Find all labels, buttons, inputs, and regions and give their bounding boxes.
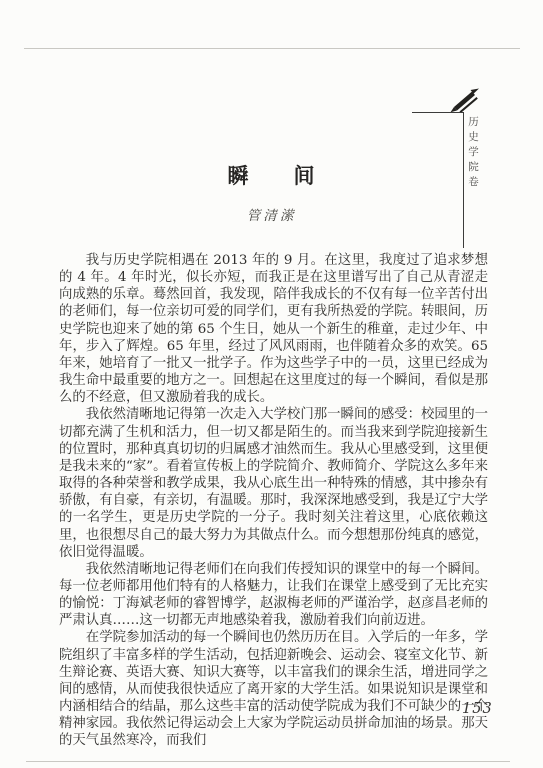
- paragraph: 在学院参加活动的每一个瞬间也仍然历历在目。入学后的一年多，学院组织了丰富多样的学…: [59, 629, 488, 749]
- paragraph: 我依然清晰地记得第一次走入大学校门那一瞬间的感受：校园里的一切都充满了生机和活力…: [59, 406, 488, 560]
- page-number: 153: [462, 701, 493, 717]
- corner-horizontal-rule: [412, 112, 464, 113]
- article-body: 我与历史学院相遇在 2013 年的 9 月。在这里，我度过了追求梦想的 4 年。…: [59, 252, 488, 750]
- paragraph: 我依然清晰地记得老师们在向我们传授知识的课堂中的每一个瞬间。每一位老师都用他们特…: [59, 561, 488, 630]
- page-bottom-edge: [26, 761, 510, 762]
- book-page: 历史学院卷 瞬 间 管清潆 我与历史学院相遇在 2013 年的 9 月。在这里，…: [0, 0, 543, 768]
- article-title: 瞬 间: [0, 160, 543, 190]
- pencil-icon: [446, 88, 480, 114]
- paragraph: 我与历史学院相遇在 2013 年的 9 月。在这里，我度过了追求梦想的 4 年。…: [59, 252, 488, 406]
- page-top-edge: [24, 48, 520, 49]
- article-author: 管清潆: [0, 204, 543, 224]
